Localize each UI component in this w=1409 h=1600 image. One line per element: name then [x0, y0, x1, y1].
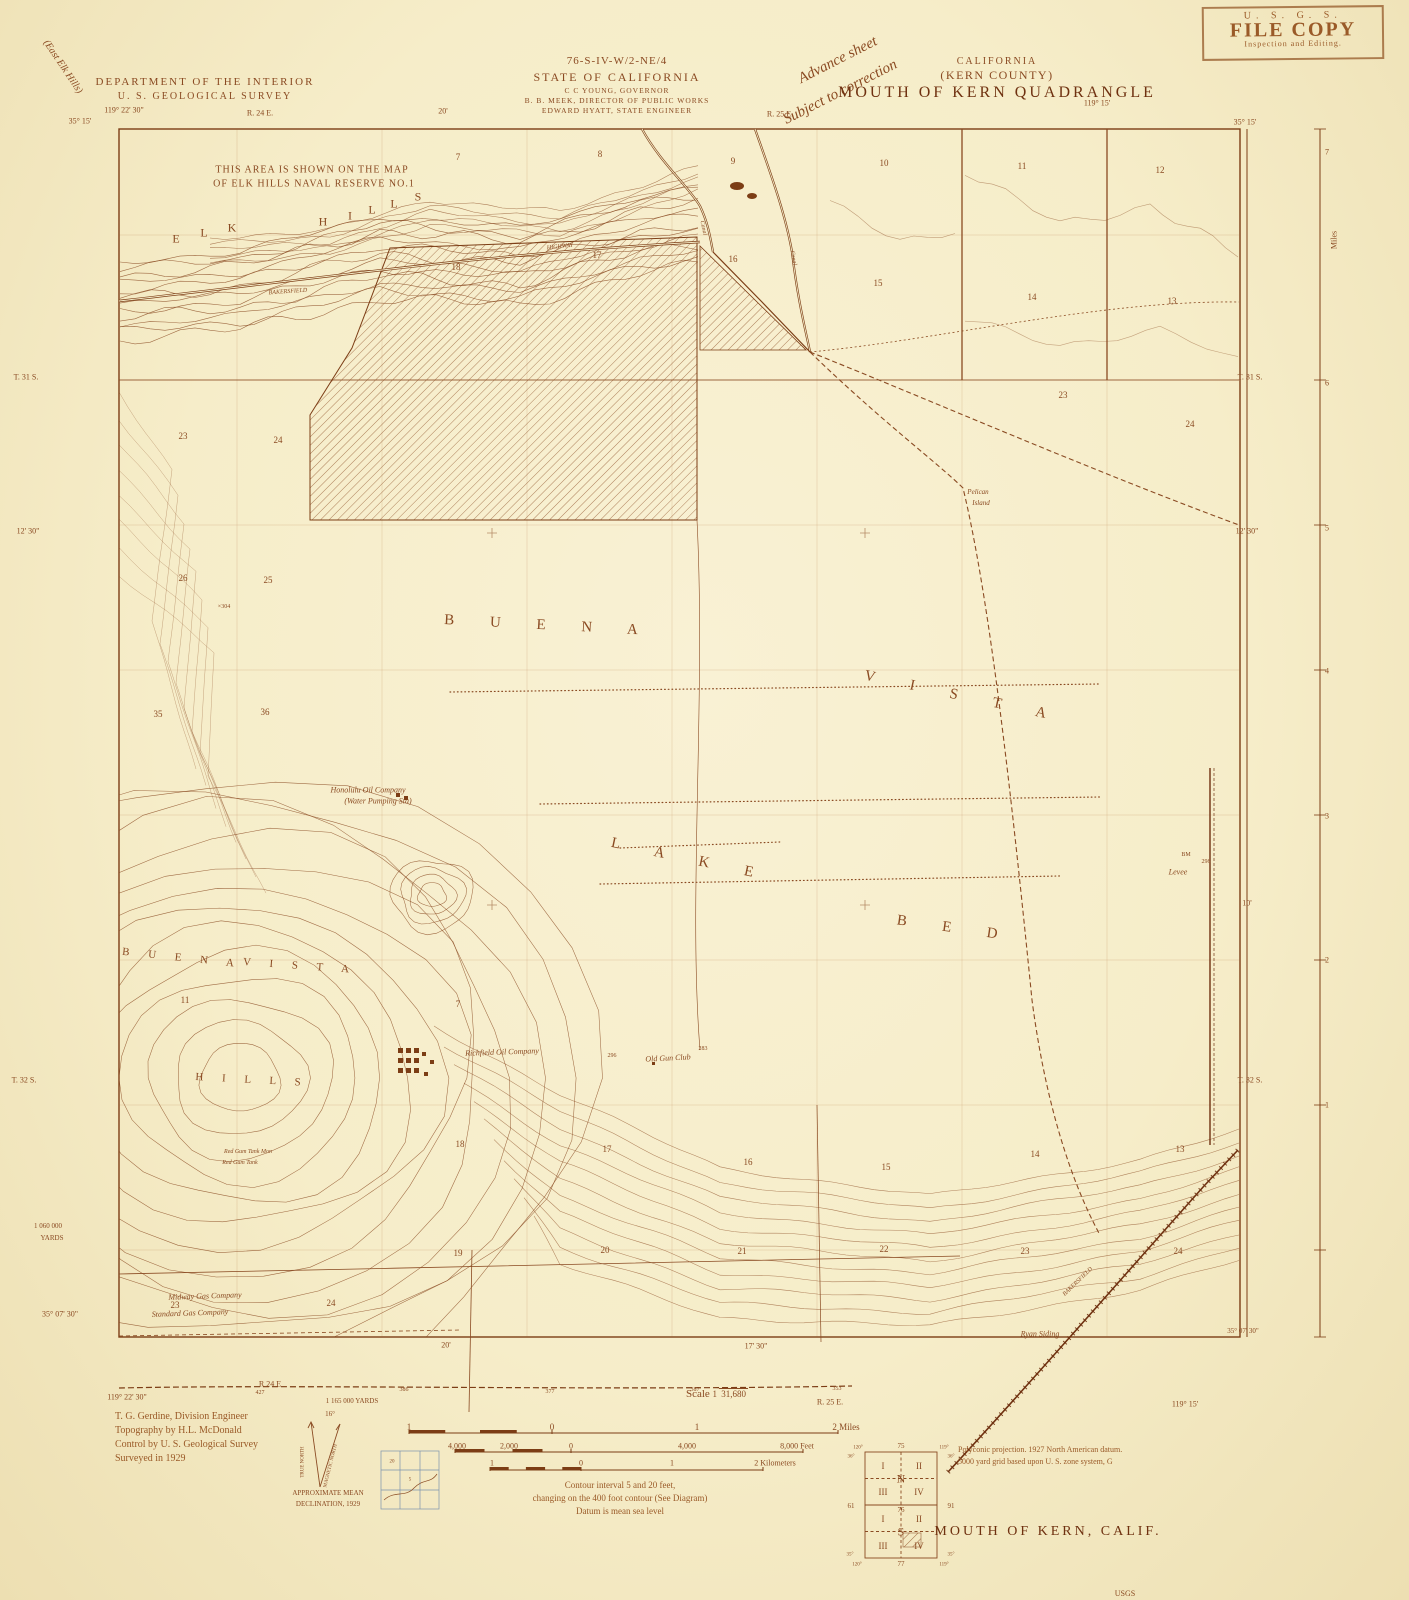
sheet-code: 76-S-IV-W/2-NE/4: [567, 55, 668, 67]
levee-line: [1210, 768, 1214, 1145]
buena-vista-hills-contours: [0, 782, 602, 1405]
map-name-footer: MOUTH OF KERN, CALIF.: [934, 1524, 1161, 1540]
west-slope-contours: [119, 392, 266, 893]
survey-line: U. S. GEOLOGICAL SURVEY: [118, 91, 293, 102]
projection-note: Polyconic projection. 1927 North America…: [958, 1444, 1122, 1468]
slough-lines: [830, 175, 1238, 356]
credit-line: Topography by H.L. McDonald: [115, 1424, 258, 1438]
engineer-line: EDWARD HYATT, STATE ENGINEER: [542, 106, 692, 115]
scale-denominator: 31,680: [719, 1388, 748, 1399]
map-canvas: [0, 0, 1409, 1600]
contour-note-line: changing on the 400 foot contour (See Di…: [533, 1492, 708, 1505]
governor-line: C C YOUNG, GOVERNOR: [565, 86, 670, 95]
stamp-title: FILE COPY: [1204, 20, 1382, 40]
agency-mark: USGS: [1115, 1589, 1135, 1598]
railroad-line: [948, 1150, 1238, 1472]
lake-bed-contours: [434, 1026, 1239, 1326]
scale-word: Scale: [686, 1388, 710, 1400]
contour-note-line: Contour interval 5 and 20 feet,: [565, 1479, 675, 1492]
contour-note-line: Datum is mean sea level: [576, 1505, 664, 1518]
scale-fraction: 1 31,680: [713, 1390, 749, 1399]
naval-reserve-hatch: [310, 237, 806, 520]
state-line: STATE OF CALIFORNIA: [533, 70, 700, 85]
credit-line: T. G. Gerdine, Division Engineer: [115, 1410, 258, 1424]
scale-bars: [409, 1430, 838, 1471]
projection-line: 5000 yard grid based upon U. S. zone sys…: [958, 1456, 1122, 1468]
department-line: DEPARTMENT OF THE INTERIOR: [96, 76, 315, 88]
quadrangle-title: MOUTH OF KERN QUADRANGLE: [838, 84, 1156, 102]
file-copy-stamp: U. S. G. S. FILE COPY Inspection and Edi…: [1202, 5, 1385, 61]
region-state: CALIFORNIA: [957, 56, 1038, 67]
region-county: (KERN COUNTY): [940, 68, 1053, 83]
director-line: B. B. MEEK, DIRECTOR OF PUBLIC WORKS: [525, 96, 710, 105]
pipeline-dotted-lines: [450, 684, 1100, 884]
declination-diagram: [308, 1422, 340, 1487]
projection-line: Polyconic projection. 1927 North America…: [958, 1444, 1122, 1456]
graticule-cross: [487, 528, 870, 910]
credits-block: T. G. Gerdine, Division Engineer Topogra…: [115, 1410, 258, 1466]
scale-statement: Scale 1 31,680: [686, 1388, 748, 1400]
credit-line: Control by U. S. Geological Survey: [115, 1438, 258, 1452]
topo-map-sheet: THIS AREA IS SHOWN ON THE MAPOF ELK HILL…: [0, 0, 1409, 1600]
scale-numerator: 1: [713, 1389, 718, 1399]
credit-line: Surveyed in 1929: [115, 1452, 258, 1466]
current-sheet-marker: [903, 1533, 921, 1547]
